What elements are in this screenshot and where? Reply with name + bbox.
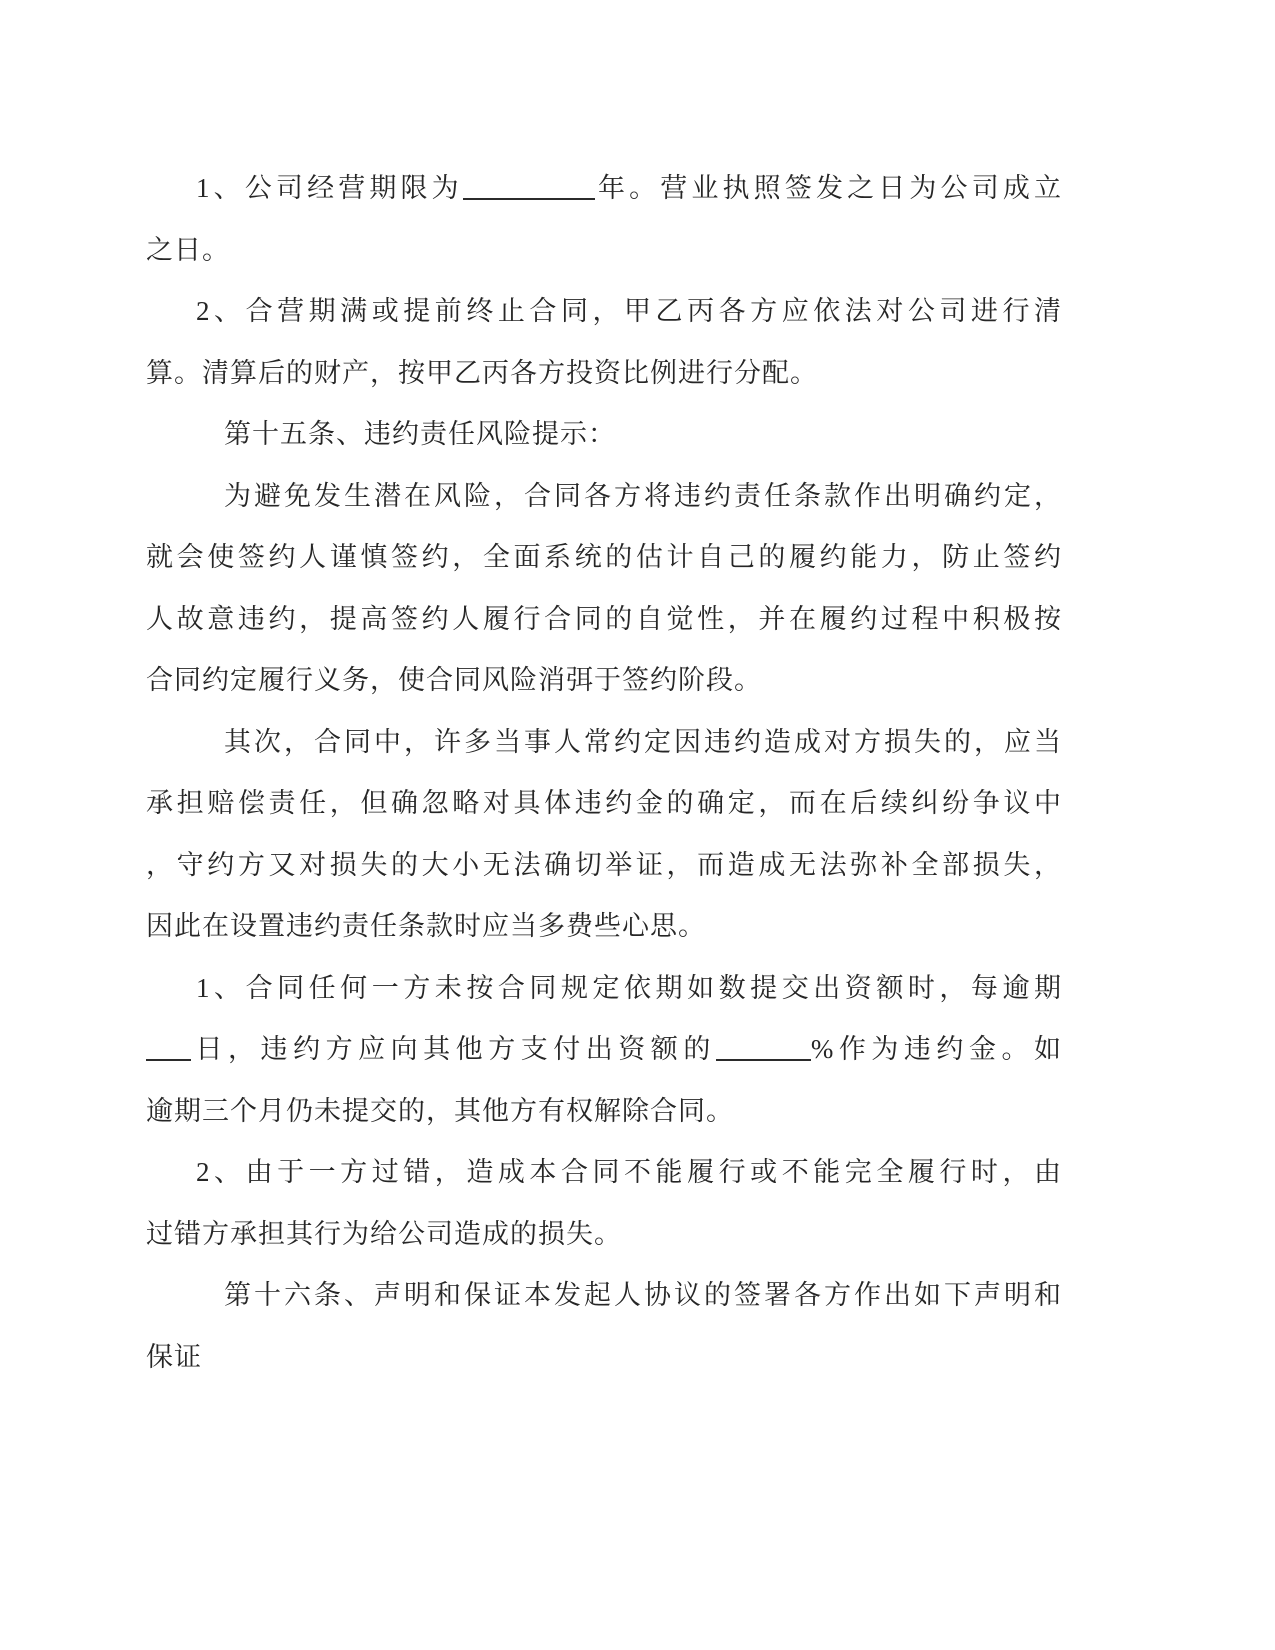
text-run: 人故意违约，提高签约人履行合同的自觉性，并在履约过程中积极按	[146, 604, 1062, 634]
text-run: 第十六条、声明和保证本发起人协议的签署各方作出如下声明和	[224, 1280, 1062, 1310]
text-line: 第十六条、声明和保证本发起人协议的签署各方作出如下声明和	[146, 1265, 1062, 1327]
fill-in-blank	[146, 1057, 191, 1061]
text-line: 为避免发生潜在风险，合同各方将违约责任条款作出明确约定，	[146, 466, 1062, 528]
fill-in-blank	[463, 196, 595, 200]
text-run: 合同约定履行义务，使合同风险消弭于签约阶段。	[146, 665, 762, 695]
text-run: 承担赔偿责任，但确忽略对具体违约金的确定，而在后续纠纷争议中	[146, 788, 1062, 818]
text-line: 过错方承担其行为给公司造成的损失。	[146, 1204, 1062, 1266]
text-run: 逾期三个月仍未提交的，其他方有权解除合同。	[146, 1096, 734, 1126]
text-line: 其次，合同中，许多当事人常约定因违约造成对方损失的，应当	[146, 712, 1062, 774]
text-run: 过错方承担其行为给公司造成的损失。	[146, 1219, 622, 1249]
text-line: 保证	[146, 1327, 1062, 1389]
text-line: 之日。	[146, 220, 1062, 282]
text-line: 2、合营期满或提前终止合同，甲乙丙各方应依法对公司进行清	[146, 281, 1062, 343]
text-line: 人故意违约，提高签约人履行合同的自觉性，并在履约过程中积极按	[146, 589, 1062, 651]
text-run: %作为违约金。如	[811, 1034, 1062, 1064]
text-run: 之日。	[146, 235, 230, 265]
text-line: 1、公司经营期限为年。营业执照签发之日为公司成立	[146, 158, 1062, 220]
text-run: 日，违约方应向其他方支付出资额的	[191, 1034, 716, 1064]
text-run: 为避免发生潜在风险，合同各方将违约责任条款作出明确约定，	[224, 481, 1062, 511]
text-line: 日，违约方应向其他方支付出资额的%作为违约金。如	[146, 1019, 1062, 1081]
text-line: 2、由于一方过错，造成本合同不能履行或不能完全履行时，由	[146, 1142, 1062, 1204]
text-line: 因此在设置违约责任条款时应当多费些心思。	[146, 896, 1062, 958]
text-run: 第十五条、违约责任风险提示：	[224, 419, 616, 449]
text-line: 算。清算后的财产，按甲乙丙各方投资比例进行分配。	[146, 343, 1062, 405]
document-page: 1、公司经营期限为年。营业执照签发之日为公司成立之日。2、合营期满或提前终止合同…	[0, 0, 1275, 1650]
text-line: 第十五条、违约责任风险提示：	[146, 404, 1062, 466]
text-run: 2、由于一方过错，造成本合同不能履行或不能完全履行时，由	[196, 1157, 1062, 1187]
text-line: 就会使签约人谨慎签约，全面系统的估计自己的履约能力，防止签约	[146, 527, 1062, 589]
text-run: 保证	[146, 1342, 202, 1372]
text-line: 1、合同任何一方未按合同规定依期如数提交出资额时，每逾期	[146, 958, 1062, 1020]
text-run: 2、合营期满或提前终止合同，甲乙丙各方应依法对公司进行清	[196, 296, 1062, 326]
text-line: 合同约定履行义务，使合同风险消弭于签约阶段。	[146, 650, 1062, 712]
text-run: 算。清算后的财产，按甲乙丙各方投资比例进行分配。	[146, 358, 818, 388]
fill-in-blank	[716, 1057, 811, 1061]
text-run: 年。营业执照签发之日为公司成立	[595, 173, 1062, 203]
text-run: 1、公司经营期限为	[196, 173, 463, 203]
text-line: ，守约方又对损失的大小无法确切举证，而造成无法弥补全部损失，	[146, 835, 1062, 897]
text-line: 承担赔偿责任，但确忽略对具体违约金的确定，而在后续纠纷争议中	[146, 773, 1062, 835]
document-body: 1、公司经营期限为年。营业执照签发之日为公司成立之日。2、合营期满或提前终止合同…	[146, 158, 1062, 1388]
text-run: 其次，合同中，许多当事人常约定因违约造成对方损失的，应当	[224, 727, 1062, 757]
text-run: 1、合同任何一方未按合同规定依期如数提交出资额时，每逾期	[196, 973, 1062, 1003]
text-run: 就会使签约人谨慎签约，全面系统的估计自己的履约能力，防止签约	[146, 542, 1062, 572]
text-line: 逾期三个月仍未提交的，其他方有权解除合同。	[146, 1081, 1062, 1143]
text-run: ，守约方又对损失的大小无法确切举证，而造成无法弥补全部损失，	[146, 850, 1062, 880]
text-run: 因此在设置违约责任条款时应当多费些心思。	[146, 911, 706, 941]
